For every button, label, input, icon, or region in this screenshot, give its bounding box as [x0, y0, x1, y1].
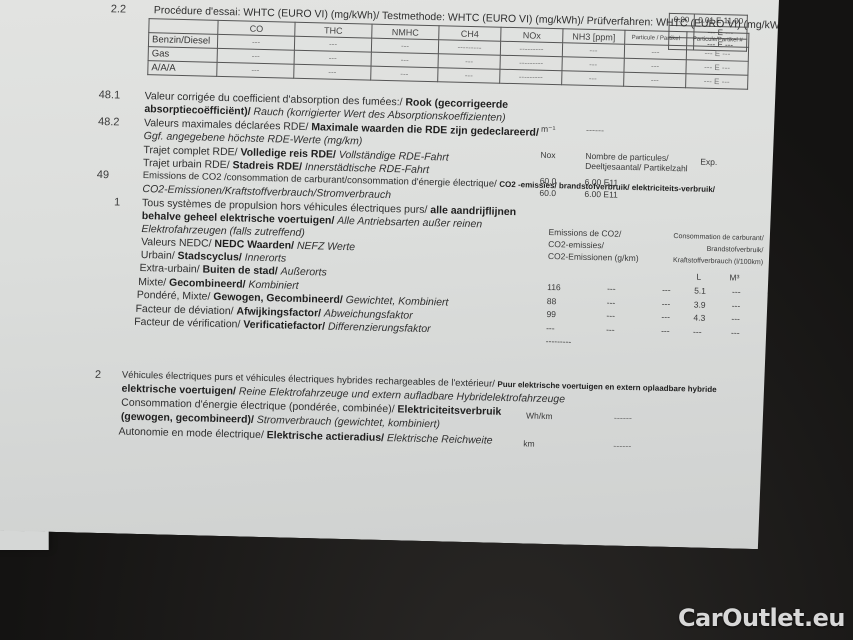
electric-consumption-value: ------ [614, 413, 632, 423]
fuel-value: 5.1 [694, 286, 706, 296]
co2-value: --- [607, 284, 616, 294]
column-header: NOx [501, 27, 563, 43]
column-header: Particule / Partikel [625, 30, 687, 46]
table-cell: --- [438, 68, 500, 84]
co2-value: --------- [546, 336, 572, 347]
co2-value: --- [662, 299, 671, 309]
table-cell: --- [562, 57, 624, 73]
co2-value: --- [661, 325, 670, 335]
co2-value: 116 [547, 282, 561, 292]
co2-column-header: Emissions de CO2/ CO2-emissies/ CO2-Emis… [548, 226, 640, 264]
fuel-value: 4.3 [693, 313, 705, 323]
co2-value: 99 [546, 309, 556, 319]
caroutlet-watermark-logo: CarOutlet.eu [678, 604, 845, 632]
table-cell: --- E --- [686, 60, 748, 76]
nox-header: Nox [540, 150, 555, 160]
co2-value: --- [661, 312, 670, 322]
column-header: Particule/Partikel # [687, 32, 749, 48]
fuel-column-header: Consommation de carburant/ Brandstofverb… [673, 231, 764, 269]
electric-consumption-unit: Wh/km [526, 410, 553, 421]
fuel-subcol-l: L [696, 272, 701, 282]
table-cell: --- E --- [686, 46, 748, 62]
coc-document-page: 0.000.01 E 11.00 --- E --- --- E --- 2.2… [0, 0, 780, 549]
section-number-49: 49 [97, 169, 110, 181]
fuel-value: --- [731, 314, 740, 324]
table-cell: --------- [500, 41, 562, 57]
fuel-value: --- [732, 287, 741, 297]
section-number-48-2: 48.2 [98, 116, 120, 129]
table-cell: --- [438, 54, 500, 70]
co2-value: --- [606, 324, 615, 334]
row-label: A/A/A [148, 61, 217, 77]
exp-header: Exp. [700, 157, 717, 167]
whtc-emissions-table: CO THC NMHC CH4 NOx NH3 [ppm] Particule … [147, 18, 749, 90]
table-cell: --- E --- [686, 74, 748, 90]
column-header: NH3 [ppm] [563, 29, 625, 45]
co2-value: --- [546, 323, 555, 333]
section-number-48-1: 48.1 [99, 89, 121, 102]
table-cell: --- [562, 71, 624, 87]
particles-header: Nombre de particules/ Deeltjesaantal/ Pa… [585, 151, 695, 174]
smoke-value: ------ [586, 125, 604, 135]
table-cell: --- [294, 64, 371, 80]
fuel-value: 3.9 [694, 299, 706, 309]
fuel-value: --- [693, 326, 702, 336]
fuel-subcol-m3: M³ [729, 272, 739, 282]
table-cell: --- [624, 44, 686, 60]
table-cell: --------- [500, 69, 562, 85]
co2-value: --- [607, 297, 616, 307]
co2-value: --- [606, 311, 615, 321]
table-cell: --- [562, 43, 624, 59]
column-header: CH4 [439, 26, 501, 42]
table-cell: --- [371, 66, 438, 82]
fuel-value: --- [732, 300, 741, 310]
fuel-value: --- [731, 327, 740, 337]
co2-value: 88 [547, 296, 557, 306]
electric-range-value: ------ [613, 441, 631, 451]
section-number-2: 2 [95, 369, 101, 381]
table-cell: --- [217, 62, 294, 78]
section-number-2-2: 2.2 [111, 3, 127, 15]
table-cell: --- [624, 58, 686, 74]
co2-value: --- [662, 285, 671, 295]
smoke-unit: m⁻¹ [541, 124, 556, 135]
table-cell: --------- [500, 55, 562, 71]
table-cell: --------- [438, 40, 500, 56]
section-number-1: 1 [114, 196, 120, 208]
table-cell: --- [624, 72, 686, 88]
electric-range-unit: km [523, 438, 535, 448]
